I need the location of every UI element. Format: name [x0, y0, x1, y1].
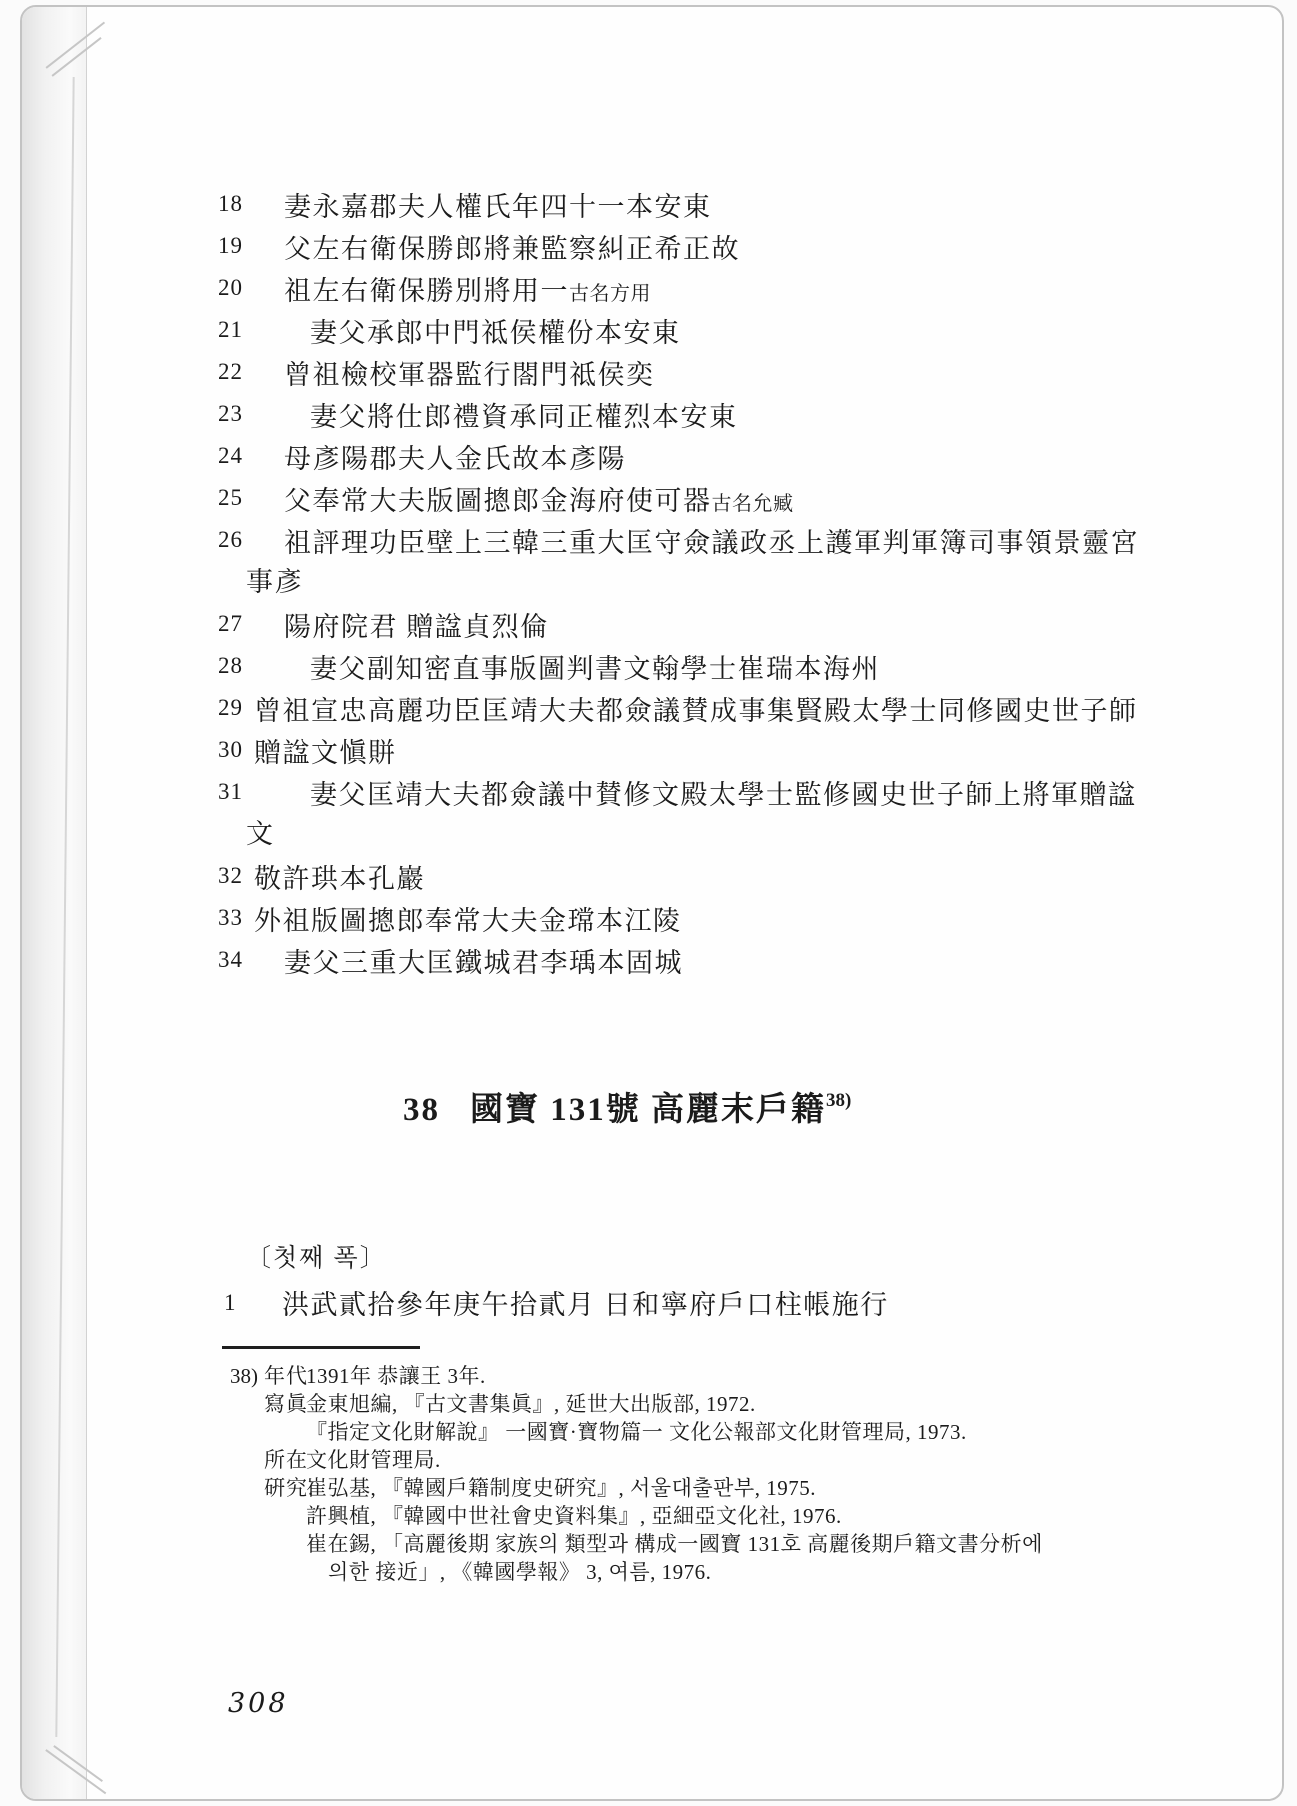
register-line: 29 曾祖宣忠高麗功臣匡靖大夫都僉議賛成事集賢殿太學士同修國史世子師	[218, 687, 1178, 729]
line-main-text: 祖左右衛保勝別將用一	[284, 276, 569, 306]
footnote-label: 所在	[264, 1446, 306, 1474]
line-text: 贈諡文愼賆	[254, 731, 397, 770]
line-main-text: 外祖版圖摠郎奉常大夫金瑺本江陵	[254, 906, 682, 936]
register-line: 27 陽府院君 贈諡貞烈倫	[218, 603, 1178, 645]
line-number: 32	[218, 863, 252, 889]
line-main-text: 妻父三重大匡鐵城君李瑀本固城	[284, 948, 683, 978]
register-line: 28 妻父副知密直事版圖判書文翰學士崔瑞本海州	[218, 645, 1178, 687]
line-number: 24	[218, 443, 252, 469]
line-main-text: 妻父副知密直事版圖判書文翰學士崔瑞本海州	[310, 654, 880, 684]
register-line: 30 贈諡文愼賆	[218, 729, 1178, 771]
register-list: 18 妻永嘉郡夫人權氏年四十一本安東 19 父左右衛保勝郎將兼監察糾正希正故 2…	[218, 183, 1178, 981]
register-line: 33 外祖版圖摠郎奉常大夫金瑺本江陵	[218, 897, 1178, 939]
register-line: 32 敬許珙本孔巖	[218, 855, 1178, 897]
line-text: 妻父承郎中門祗侯權份本安東	[310, 311, 681, 350]
line-text: 敬許珙本孔巖	[254, 857, 425, 896]
register-line: 31 妻父匡靖大夫都僉議中賛修文殿太學士監修國史世子師上將軍贈諡	[218, 771, 1178, 813]
line-text: 妻父三重大匡鐵城君李瑀本固城	[284, 941, 683, 980]
line-main-text: 妻父匡靖大夫都僉議中賛修文殿太學士監修國史世子師上將軍贈諡	[310, 780, 1137, 810]
line-number: 19	[218, 233, 252, 259]
line-text: 洪武貳拾參年庚午拾貳月 日和寧府戶口柱帳施行	[282, 1283, 889, 1322]
page-stack-line	[46, 22, 105, 69]
line-text: 陽府院君 贈諡貞烈倫	[284, 605, 549, 644]
register-line: 34 妻父三重大匡鐵城君李瑀本固城	[218, 939, 1178, 981]
register-line: 18 妻永嘉郡夫人權氏年四十一本安東	[218, 183, 1178, 225]
footnote-text: 의한 接近」, 《韓國學報》 3, 여름, 1976.	[306, 1560, 711, 1584]
line-number: 29	[218, 695, 252, 721]
footnote-text: 文化財管理局.	[306, 1448, 441, 1472]
register-line: 25 父奉常大夫版圖摠郎金海府使可器古名允臧	[218, 477, 1178, 519]
line-number: 21	[218, 317, 252, 343]
footnote-marker: 38)	[230, 1362, 264, 1390]
book-scan: 18 妻永嘉郡夫人權氏年四十一本安東 19 父左右衛保勝郎將兼監察糾正希正故 2…	[0, 0, 1297, 1806]
page-stack-line	[46, 1749, 107, 1794]
line-text: 父左右衛保勝郎將兼監察糾正希正故	[284, 227, 740, 266]
line-number: 28	[218, 653, 252, 679]
line-main-text: 父奉常大夫版圖摠郎金海府使可器	[284, 486, 712, 516]
line-text: 外祖版圖摠郎奉常大夫金瑺本江陵	[254, 899, 682, 938]
page-stack-line	[55, 77, 74, 1737]
footnote-label: 年代	[264, 1362, 306, 1390]
footnote-row: 38)年代1391年 恭讓王 3年.	[230, 1362, 1150, 1390]
section-name: 國寶 131號 高麗末戶籍	[470, 1092, 826, 1128]
footnote-row: 寫眞金東旭編, 『古文書集眞』, 延世大出版部, 1972.	[230, 1390, 1150, 1418]
footnote-text: 1391年 恭讓王 3年.	[306, 1364, 486, 1388]
footnote-text: 崔弘基, 『韓國戶籍制度史硏究』, 서울대출판부, 1975.	[306, 1476, 816, 1500]
line-continuation: 事彥	[218, 561, 1178, 603]
line-number: 34	[218, 947, 252, 973]
register-line: 24 母彥陽郡夫人金氏故本彥陽	[218, 435, 1178, 477]
line-main-text: 贈諡文愼賆	[254, 738, 397, 768]
footnote-text: 金東旭編, 『古文書集眞』, 延世大出版部, 1972.	[306, 1392, 756, 1416]
footnote-label: 硏究.	[264, 1474, 306, 1502]
footnote-block: 38)年代1391年 恭讓王 3年. 寫眞金東旭編, 『古文書集眞』, 延世大出…	[230, 1362, 1150, 1586]
line-main-text: 妻父將仕郎禮資承同正權烈本安東	[310, 402, 738, 432]
line-text: 曾祖宣忠高麗功臣匡靖大夫都僉議賛成事集賢殿太學士同修國史世子師	[254, 689, 1138, 728]
line-number: 23	[218, 401, 252, 427]
section-number: 38	[403, 1092, 440, 1128]
line-text: 母彥陽郡夫人金氏故本彥陽	[284, 437, 626, 476]
register-line: 22 曾祖檢校軍器監行閤門祗侯奕	[218, 351, 1178, 393]
footnote-label: 寫眞	[264, 1390, 306, 1418]
register-line: 23 妻父將仕郎禮資承同正權烈本安東	[218, 393, 1178, 435]
line-continuation: 文	[218, 813, 1178, 855]
line-text: 祖左右衛保勝別將用一古名方用	[284, 269, 651, 308]
line-main-text: 曾祖宣忠高麗功臣匡靖大夫都僉議賛成事集賢殿太學士同修國史世子師	[254, 696, 1138, 726]
entry-line: 1 洪武貳拾參年庚午拾貳月 日和寧府戶口柱帳施行	[224, 1283, 889, 1322]
line-number: 26	[218, 527, 252, 553]
page-spine	[22, 7, 87, 1799]
line-number: 30	[218, 737, 252, 763]
line-main-text: 祖評理功臣壁上三韓三重大匡守僉議政丞上護軍判軍簿司事領景靈宮	[284, 528, 1139, 558]
panel-label: 〔첫째 폭〕	[246, 1238, 387, 1274]
line-text: 妻永嘉郡夫人權氏年四十一本安東	[284, 185, 712, 224]
register-line: 19 父左右衛保勝郎將兼監察糾正希正故	[218, 225, 1178, 267]
line-text: 妻父副知密直事版圖判書文翰學士崔瑞本海州	[310, 647, 880, 686]
footnote-row: 『指定文化財解說』 一國寶·寶物篇一 文化公報部文化財管理局, 1973.	[230, 1418, 1150, 1446]
footnote-text: 『指定文化財解說』 一國寶·寶物篇一 文化公報部文化財管理局, 1973.	[306, 1420, 967, 1444]
line-number: 27	[218, 611, 252, 637]
page-stack-line	[54, 1745, 103, 1781]
footnote-row: 崔在錫, 「高麗後期 家族의 類型과 構成一國寶 131호 高麗後期戶籍文書分析…	[230, 1530, 1150, 1558]
line-number: 20	[218, 275, 252, 301]
footnote-separator	[222, 1346, 420, 1349]
line-main-text: 母彥陽郡夫人金氏故本彥陽	[284, 444, 626, 474]
footnote-row: 硏究.崔弘基, 『韓國戶籍制度史硏究』, 서울대출판부, 1975.	[230, 1474, 1150, 1502]
footnote-text: 崔在錫, 「高麗後期 家族의 類型과 構成一國寶 131호 高麗後期戶籍文書分析…	[306, 1532, 1043, 1556]
line-number: 1	[224, 1290, 252, 1316]
line-main-text: 曾祖檢校軍器監行閤門祗侯奕	[284, 360, 655, 390]
section-footnote-ref: 38)	[826, 1090, 851, 1111]
line-number: 33	[218, 905, 252, 931]
line-number: 18	[218, 191, 252, 217]
line-annotation: 古名方用	[569, 283, 651, 305]
line-text: 父奉常大夫版圖摠郎金海府使可器古名允臧	[284, 479, 794, 518]
line-text: 曾祖檢校軍器監行閤門祗侯奕	[284, 353, 655, 392]
line-number: 25	[218, 485, 252, 511]
line-text: 妻父匡靖大夫都僉議中賛修文殿太學士監修國史世子師上將軍贈諡	[310, 773, 1137, 812]
register-line: 21 妻父承郎中門祗侯權份本安東	[218, 309, 1178, 351]
page-number: 308	[228, 1688, 289, 1719]
footnote-row: 所在文化財管理局.	[230, 1446, 1150, 1474]
line-main-text: 妻父承郎中門祗侯權份本安東	[310, 318, 681, 348]
line-annotation: 古名允臧	[712, 493, 794, 515]
line-number: 31	[218, 779, 252, 805]
register-line: 26 祖評理功臣壁上三韓三重大匡守僉議政丞上護軍判軍簿司事領景靈宮	[218, 519, 1178, 561]
footnote-row: 의한 接近」, 《韓國學報》 3, 여름, 1976.	[230, 1558, 1150, 1586]
line-main-text: 敬許珙本孔巖	[254, 864, 425, 894]
register-line: 20 祖左右衛保勝別將用一古名方用	[218, 267, 1178, 309]
footnote-row: 許興植, 『韓國中世社會史資料集』, 亞細亞文化社, 1976.	[230, 1502, 1150, 1530]
section-title: 38國寶 131號 高麗末戶籍38)	[403, 1083, 851, 1130]
footnote-text: 許興植, 『韓國中世社會史資料集』, 亞細亞文化社, 1976.	[306, 1504, 842, 1528]
line-main-text: 妻永嘉郡夫人權氏年四十一本安東	[284, 192, 712, 222]
line-text: 祖評理功臣壁上三韓三重大匡守僉議政丞上護軍判軍簿司事領景靈宮	[284, 521, 1139, 560]
line-text: 妻父將仕郎禮資承同正權烈本安東	[310, 395, 738, 434]
line-main-text: 陽府院君 贈諡貞烈倫	[284, 612, 549, 642]
line-main-text: 父左右衛保勝郎將兼監察糾正希正故	[284, 234, 740, 264]
line-number: 22	[218, 359, 252, 385]
